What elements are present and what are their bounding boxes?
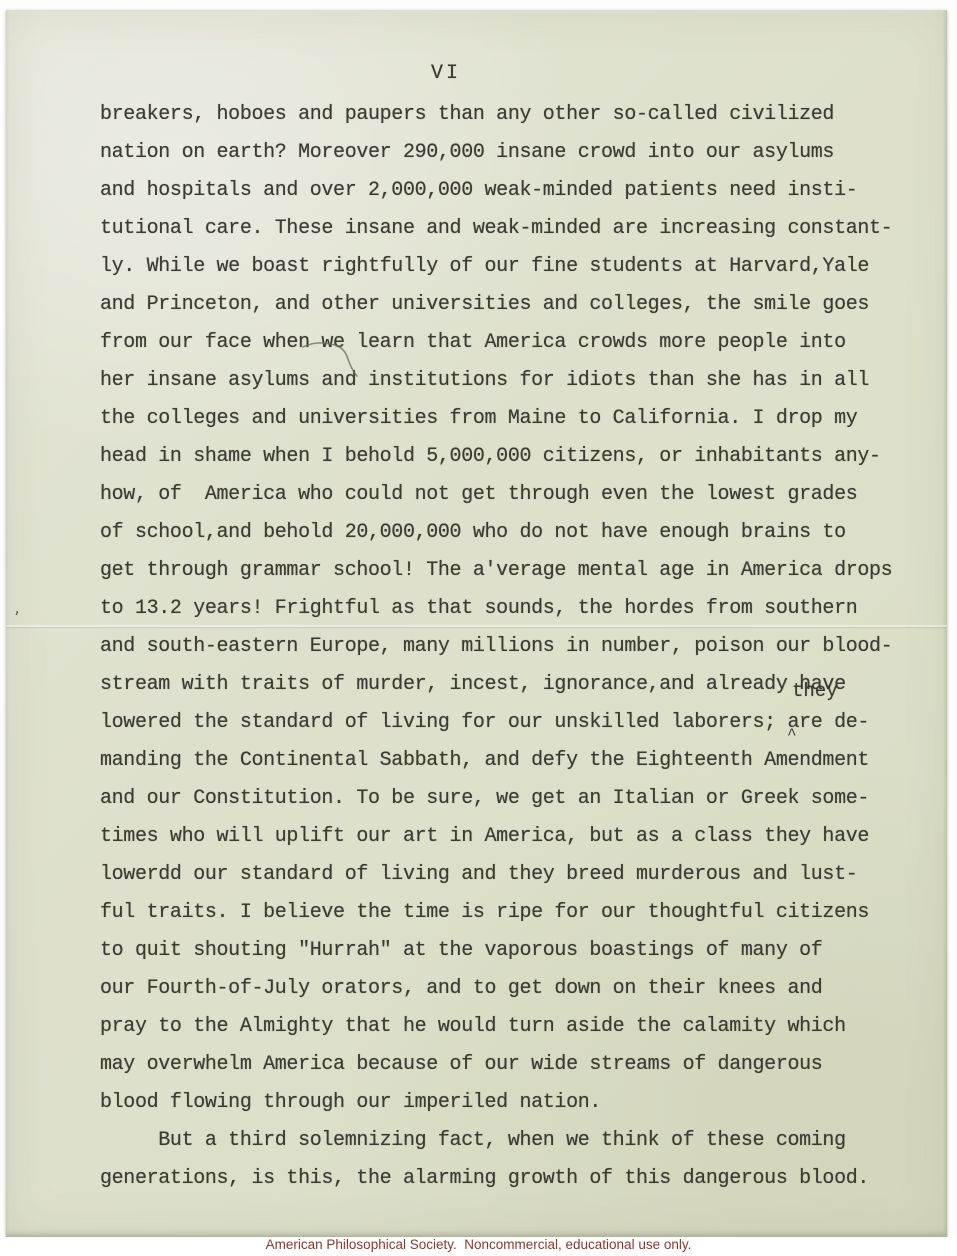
typewritten-text-block: breakers, hoboes and paupers than any ot… — [100, 96, 920, 1198]
text-line: ly. While we boast rightfully of our fin… — [100, 248, 920, 286]
text-line: and our Constitution. To be sure, we get… — [100, 780, 920, 818]
text-line: our Fourth-of-July orators, and to get d… — [100, 970, 920, 1008]
text-line: blood flowing through our imperiled nati… — [100, 1084, 920, 1122]
text-line: lowerdd our standard of living and they … — [100, 856, 920, 894]
paper-crease — [6, 625, 947, 627]
page-number-heading: VI — [431, 62, 461, 85]
pencil-squiggle-icon — [299, 334, 379, 384]
text-line: and Princeton, and other universities an… — [100, 286, 920, 324]
margin-pencil-mark: , — [13, 598, 21, 618]
text-line: and south-eastern Europe, many millions … — [100, 628, 920, 666]
text-line: and hospitals and over 2,000,000 weak-mi… — [100, 172, 920, 210]
text-line: from our face when we learn that America… — [100, 324, 920, 362]
text-line: to 13.2 years! Frightful as that sounds,… — [100, 590, 920, 628]
text-line: head in shame when I behold 5,000,000 ci… — [100, 438, 920, 476]
text-line: the colleges and universities from Maine… — [100, 400, 920, 438]
text-line: ful traits. I believe the time is ripe f… — [100, 894, 920, 932]
text-line: how, of America who could not get throug… — [100, 476, 920, 514]
text-line: generations, is this, the alarming growt… — [100, 1160, 920, 1198]
text-line: her insane asylums and institutions for … — [100, 362, 920, 400]
text-line: times who will uplift our art in America… — [100, 818, 920, 856]
text-line: nation on earth? Moreover 290,000 insane… — [100, 134, 920, 172]
interlinear-insertion-word: they — [792, 680, 838, 702]
text-line: breakers, hoboes and paupers than any ot… — [100, 96, 920, 134]
text-line: get through grammar school! The a'verage… — [100, 552, 920, 590]
text-line: to quit shouting "Hurrah" at the vaporou… — [100, 932, 920, 970]
text-line: pray to the Almighty that he would turn … — [100, 1008, 920, 1046]
text-line: tutional care. These insane and weak-min… — [100, 210, 920, 248]
text-line: may overwhelm America because of our wid… — [100, 1046, 920, 1084]
text-line: lowered the standard of living for our u… — [100, 704, 920, 742]
text-line: manding the Continental Sabbath, and def… — [100, 742, 920, 780]
text-line: But a third solemnizing fact, when we th… — [100, 1122, 920, 1160]
text-line: of school,and behold 20,000,000 who do n… — [100, 514, 920, 552]
insertion-caret-mark: ^ — [787, 726, 797, 744]
document-page: VI breakers, hoboes and paupers than any… — [6, 10, 947, 1237]
scan-background: VI breakers, hoboes and paupers than any… — [0, 0, 957, 1256]
attribution-footer: American Philosophical Society. Noncomme… — [0, 1237, 957, 1256]
